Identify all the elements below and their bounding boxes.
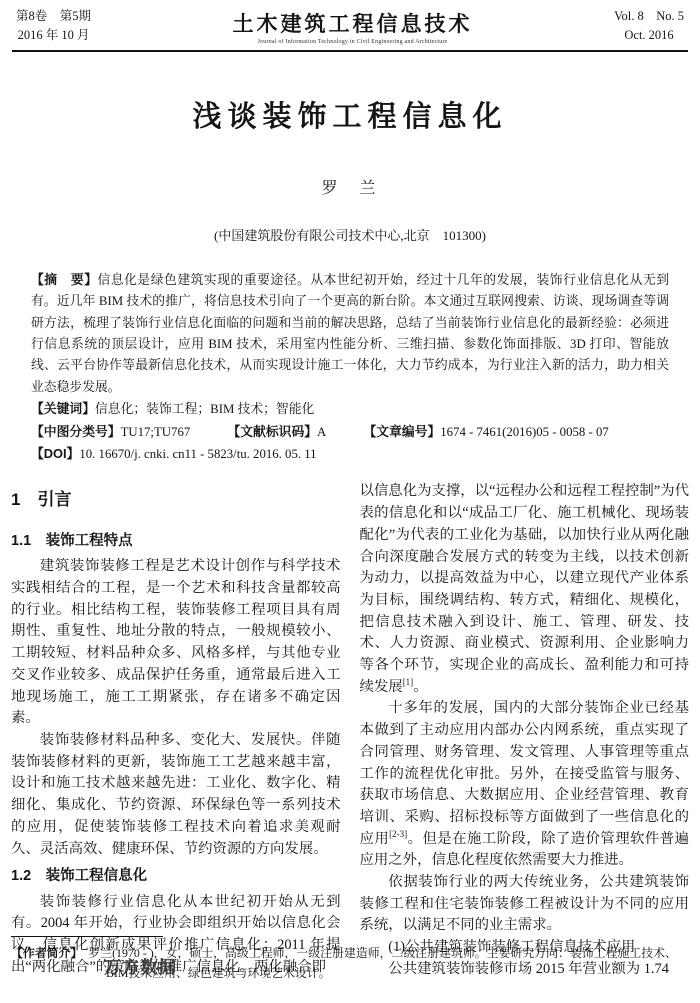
- publish-date-en: Oct. 2016: [614, 26, 684, 45]
- section-heading: 1 引言: [11, 490, 341, 510]
- article-id-label: 【文章编号】: [363, 424, 440, 439]
- article-title: 浅谈装饰工程信息化: [0, 94, 700, 135]
- volume-issue-en: Vol. 8 No. 5: [614, 7, 684, 26]
- keywords: 【关键词】信息化；装饰工程；BIM 技术；智能化: [31, 398, 669, 420]
- body-columns: 1 引言1.1 装饰工程特点建筑装饰装修工程是艺术设计创作与科学技术实践相结合的…: [11, 481, 689, 980]
- doc-code-label: 【文献标识码】: [227, 424, 317, 439]
- keywords-text: 信息化；装饰工程；BIM 技术；智能化: [95, 402, 314, 416]
- header-right-block: Vol. 8 No. 5 Oct. 2016: [614, 7, 684, 46]
- author-name: 罗 兰: [0, 175, 700, 198]
- clc-label: 【中图分类号】: [31, 424, 121, 439]
- journal-title-en: Journal of Information Technology in Civ…: [91, 39, 614, 45]
- article-id-item: 【文章编号】1674 - 7461(2016)05 - 0058 - 07: [363, 425, 608, 439]
- footnote-rule: [11, 936, 163, 937]
- journal-title: 土木建筑工程信息技术: [91, 8, 614, 38]
- subsection-heading: 1.2 装饰工程信息化: [11, 867, 341, 887]
- doc-code-value: A: [317, 425, 326, 439]
- journal-header: 第8卷 第5期 2016 年 10 月 土木建筑工程信息技术 Journal o…: [0, 0, 700, 46]
- meta-block: 【摘 要】信息化是绿色建筑实现的重要途径。从本世纪初开始，经过十几年的发展，装饰…: [31, 269, 669, 466]
- clc-value: TU17;TU767: [121, 425, 191, 439]
- classification-line: 【中图分类号】TU17;TU767 【文献标识码】A 【文章编号】1674 - …: [31, 421, 669, 443]
- abstract-text: 信息化是绿色建筑实现的重要途径。从本世纪初开始，经过十几年的发展，装饰行业信息化…: [31, 273, 669, 394]
- doi-value: 10. 16670/j. cnki. cn11 - 5823/tu. 2016.…: [79, 447, 316, 461]
- subsection-heading: 1.1 装饰工程特点: [11, 532, 341, 552]
- clc-item: 【中图分类号】TU17;TU767: [31, 425, 190, 439]
- body-paragraph: 建筑装饰装修工程是艺术设计创作与科学技术实践相结合的工程，是一个艺术和科技含量都…: [11, 556, 341, 730]
- body-paragraph: 十多年的发展，国内的大部分装饰企业已经基本做到了主动应用内部办公内网系统，重点实…: [360, 698, 690, 872]
- body-paragraph: 装饰装修材料品种多、变化大、发展快。伴随装饰装修材料的更新，装饰施工工艺越来越丰…: [11, 730, 341, 860]
- header-rule: [12, 50, 688, 52]
- paper-page: 第8卷 第5期 2016 年 10 月 土木建筑工程信息技术 Journal o…: [0, 0, 700, 1003]
- citation-ref: [1]: [403, 677, 414, 687]
- author-bio-label: 【作者简介】: [11, 946, 76, 960]
- body-paragraph: 依据装饰行业的两大传统业务，公共建筑装饰装修工程和住宅装饰装修工程被设计为不同的…: [360, 872, 690, 937]
- author-bio-line2: BIM技术应用、绿色建筑与环境艺术设计。: [106, 964, 689, 984]
- keywords-label: 【关键词】: [31, 401, 95, 416]
- column-left: 1 引言1.1 装饰工程特点建筑装饰装修工程是艺术设计创作与科学技术实践相结合的…: [11, 481, 341, 980]
- wanfang-watermark: 万方数据: [104, 953, 176, 978]
- volume-issue-zh: 第8卷 第5期: [16, 7, 91, 26]
- abstract: 【摘 要】信息化是绿色建筑实现的重要途径。从本世纪初开始，经过十几年的发展，装饰…: [31, 269, 669, 398]
- abstract-label: 【摘 要】: [31, 272, 98, 287]
- doi-line: 【DOI】10. 16670/j. cnki. cn11 - 5823/tu. …: [31, 443, 669, 465]
- citation-ref: [2-3]: [389, 829, 407, 839]
- author-affiliation: (中国建筑股份有限公司技术中心,北京 101300): [0, 225, 700, 244]
- header-left-block: 第8卷 第5期 2016 年 10 月: [16, 7, 91, 46]
- body-paragraph: 以信息化为支撑，以“远程办公和远程工程控制”为代表的信息化和以“成品工厂化、施工…: [360, 481, 690, 698]
- doc-code-item: 【文献标识码】A: [227, 425, 326, 439]
- header-center-block: 土木建筑工程信息技术 Journal of Information Techno…: [91, 8, 614, 45]
- publish-date-zh: 2016 年 10 月: [16, 26, 91, 45]
- column-right: 以信息化为支撑，以“远程办公和远程工程控制”为代表的信息化和以“成品工厂化、施工…: [360, 481, 690, 980]
- article-id-value: 1674 - 7461(2016)05 - 0058 - 07: [440, 425, 608, 439]
- doi-label: 【DOI】: [31, 446, 79, 461]
